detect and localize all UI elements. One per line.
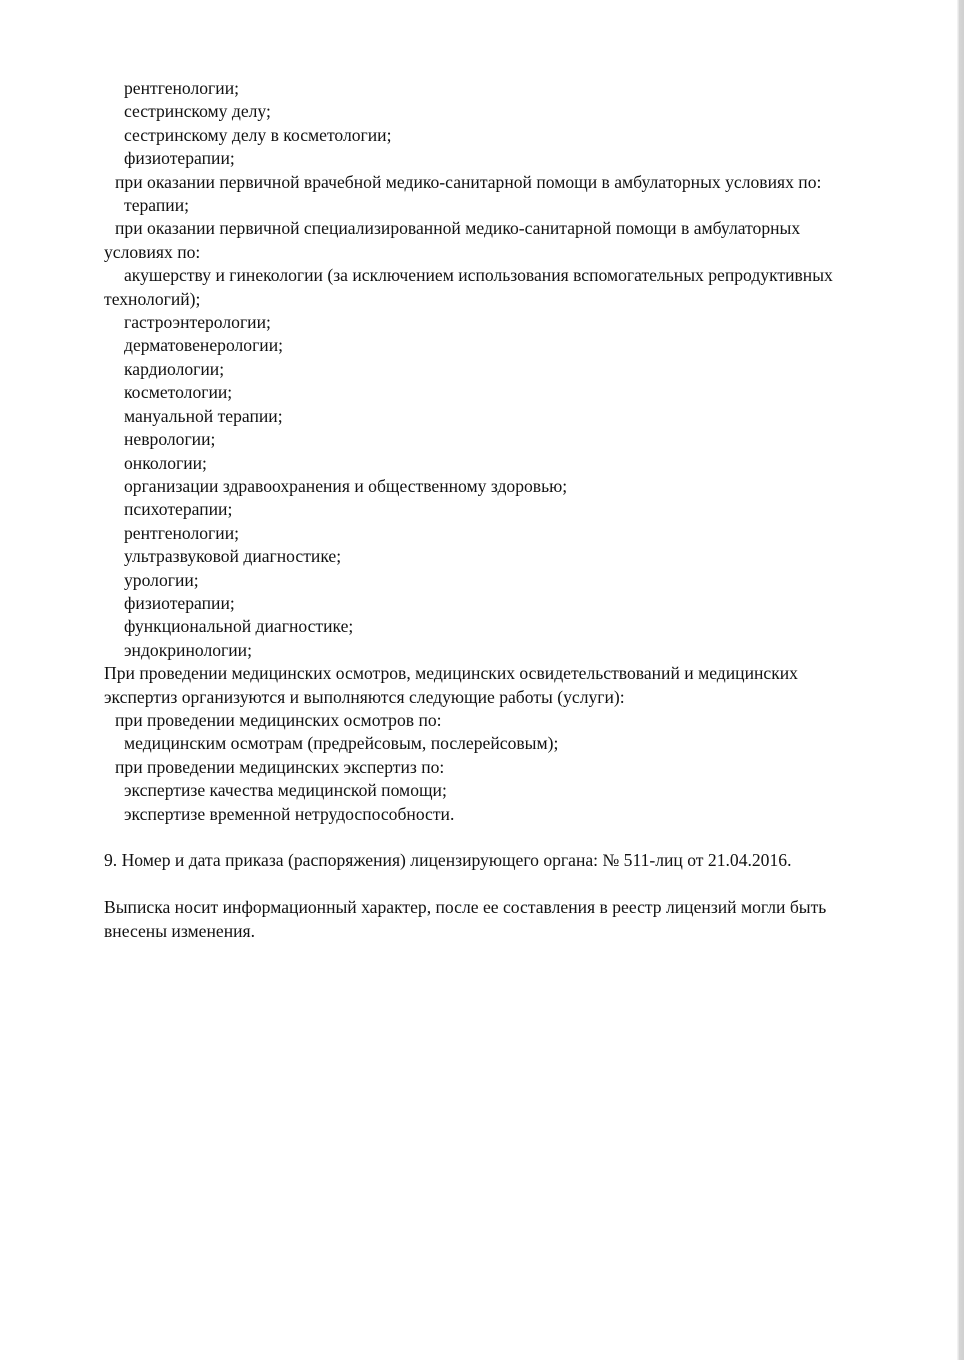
order-number-date: 9. Номер и дата приказа (распоряжения) л…: [104, 849, 914, 872]
exams-intro-cont: экспертиз организуются и выполняются сле…: [104, 686, 914, 709]
list-item: рентгенологии;: [104, 522, 914, 545]
section-heading-medical-exams: при проведении медицинских осмотров по:: [104, 709, 914, 732]
document-page: рентгенологии; сестринскому делу; сестри…: [0, 0, 957, 1360]
spacer: [104, 873, 914, 896]
list-item: ультразвуковой диагностике;: [104, 545, 914, 568]
section-heading-primary-doctor-care: при оказании первичной врачебной медико-…: [104, 171, 914, 194]
list-item: дерматовенерологии;: [104, 334, 914, 357]
list-item: психотерапии;: [104, 498, 914, 521]
list-item: медицинским осмотрам (предрейсовым, посл…: [104, 732, 914, 755]
disclaimer-cont: внесены изменения.: [104, 920, 914, 943]
list-item: онкологии;: [104, 452, 914, 475]
spacer: [104, 826, 914, 849]
list-item-cont: технологий);: [104, 288, 914, 311]
list-item: сестринскому делу;: [104, 100, 914, 123]
list-item: кардиологии;: [104, 358, 914, 381]
page-edge-scrollbar[interactable]: [957, 0, 964, 1360]
list-item: гастроэнтерологии;: [104, 311, 914, 334]
section-heading-specialized-care: при оказании первичной специализированно…: [104, 217, 914, 240]
exams-intro: При проведении медицинских осмотров, мед…: [104, 662, 914, 685]
list-item: урологии;: [104, 569, 914, 592]
list-item: сестринскому делу в косметологии;: [104, 124, 914, 147]
list-item: эндокринологии;: [104, 639, 914, 662]
list-item: экспертизе временной нетрудоспособности.: [104, 803, 914, 826]
document-body: рентгенологии; сестринскому делу; сестри…: [104, 77, 914, 943]
list-item: физиотерапии;: [104, 592, 914, 615]
disclaimer: Выписка носит информационный характер, п…: [104, 896, 914, 919]
list-item: функциональной диагностике;: [104, 615, 914, 638]
list-item: рентгенологии;: [104, 77, 914, 100]
list-item: экспертизе качества медицинской помощи;: [104, 779, 914, 802]
list-item: акушерству и гинекологии (за исключением…: [104, 264, 914, 287]
section-heading-specialized-care-cont: условиях по:: [104, 241, 914, 264]
list-item: терапии;: [104, 194, 914, 217]
list-item: организации здравоохранения и общественн…: [104, 475, 914, 498]
section-heading-medical-expertise: при проведении медицинских экспертиз по:: [104, 756, 914, 779]
list-item: косметологии;: [104, 381, 914, 404]
list-item: физиотерапии;: [104, 147, 914, 170]
list-item: неврологии;: [104, 428, 914, 451]
list-item: мануальной терапии;: [104, 405, 914, 428]
